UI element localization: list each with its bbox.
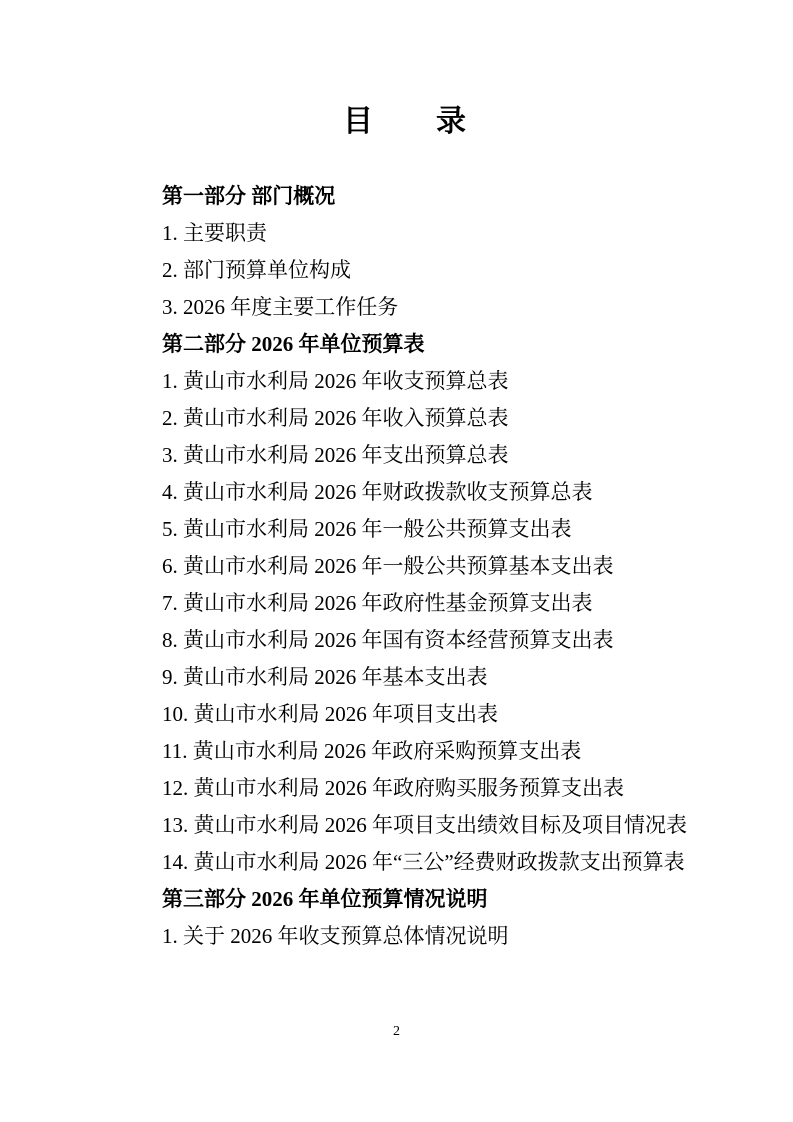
toc-item: 3. 2026 年度主要工作任务 [120, 289, 690, 326]
toc-section-3: 第三部分 2026 年单位预算情况说明 1. 关于 2026 年收支预算总体情况… [120, 881, 690, 955]
toc-item: 11. 黄山市水利局 2026 年政府采购预算支出表 [120, 733, 690, 770]
toc-item: 14. 黄山市水利局 2026 年“三公”经费财政拨款支出预算表 [120, 844, 690, 881]
toc-section-heading: 第二部分 2026 年单位预算表 [120, 326, 690, 363]
toc-item: 7. 黄山市水利局 2026 年政府性基金预算支出表 [120, 585, 690, 622]
toc-item: 12. 黄山市水利局 2026 年政府购买服务预算支出表 [120, 770, 690, 807]
toc-item: 13. 黄山市水利局 2026 年项目支出绩效目标及项目情况表 [120, 807, 690, 844]
toc-item: 4. 黄山市水利局 2026 年财政拨款收支预算总表 [120, 474, 690, 511]
toc-item: 8. 黄山市水利局 2026 年国有资本经营预算支出表 [120, 622, 690, 659]
toc-section-heading: 第三部分 2026 年单位预算情况说明 [120, 881, 690, 918]
toc-item: 6. 黄山市水利局 2026 年一般公共预算基本支出表 [120, 548, 690, 585]
table-of-contents: 第一部分 部门概况 1. 主要职责 2. 部门预算单位构成 3. 2026 年度… [120, 178, 690, 955]
toc-section-2: 第二部分 2026 年单位预算表 1. 黄山市水利局 2026 年收支预算总表 … [120, 326, 690, 881]
toc-item: 2. 黄山市水利局 2026 年收入预算总表 [120, 400, 690, 437]
toc-content: 目 录 第一部分 部门概况 1. 主要职责 2. 部门预算单位构成 3. 202… [0, 0, 793, 955]
document-page: 目 录 第一部分 部门概况 1. 主要职责 2. 部门预算单位构成 3. 202… [0, 0, 793, 1122]
toc-item: 3. 黄山市水利局 2026 年支出预算总表 [120, 437, 690, 474]
page-title: 目 录 [120, 104, 690, 140]
toc-item: 10. 黄山市水利局 2026 年项目支出表 [120, 696, 690, 733]
toc-section-heading: 第一部分 部门概况 [120, 178, 690, 215]
toc-item: 1. 主要职责 [120, 215, 690, 252]
toc-section-1: 第一部分 部门概况 1. 主要职责 2. 部门预算单位构成 3. 2026 年度… [120, 178, 690, 326]
toc-item: 9. 黄山市水利局 2026 年基本支出表 [120, 659, 690, 696]
toc-item: 1. 关于 2026 年收支预算总体情况说明 [120, 918, 690, 955]
page-number: 2 [0, 1022, 793, 1042]
toc-item: 2. 部门预算单位构成 [120, 252, 690, 289]
toc-item: 5. 黄山市水利局 2026 年一般公共预算支出表 [120, 511, 690, 548]
toc-item: 1. 黄山市水利局 2026 年收支预算总表 [120, 363, 690, 400]
